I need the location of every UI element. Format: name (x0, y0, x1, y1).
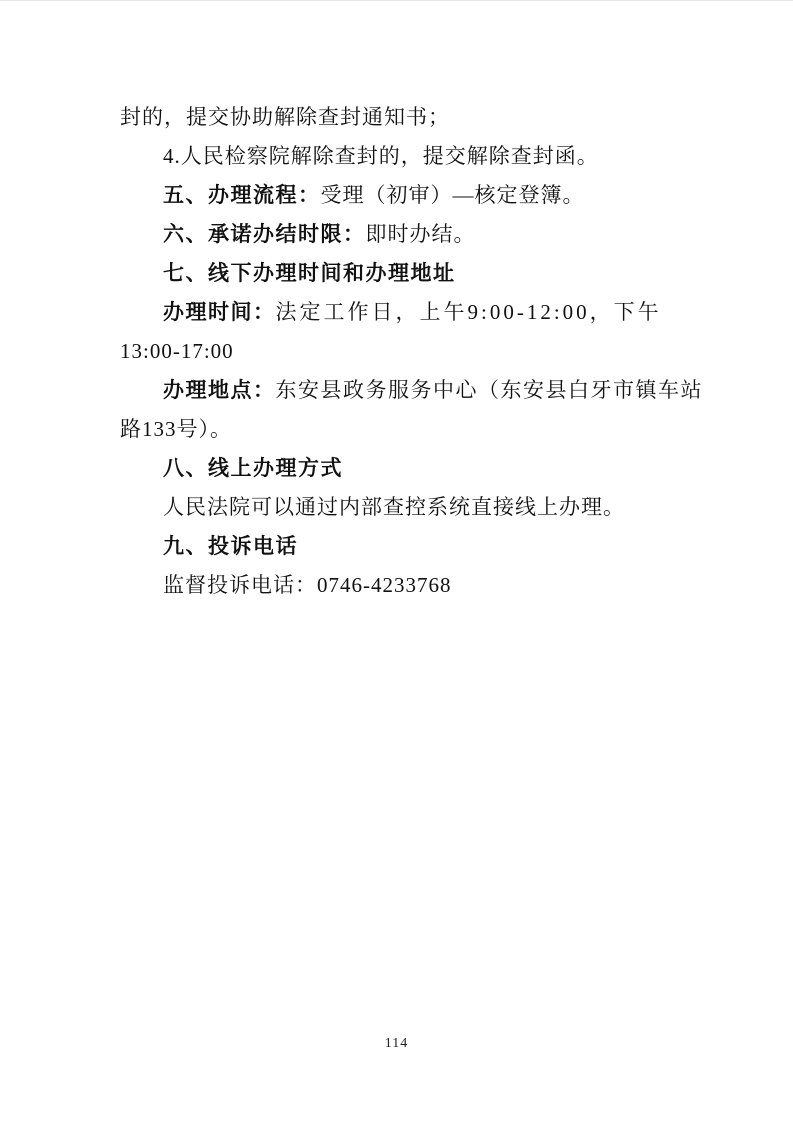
complaint-phone-line: 监督投诉电话：0746-4233768 (120, 566, 678, 605)
body-line-continuation: 封的，提交协助解除查封通知书； (120, 98, 678, 137)
section-heading-label: 五、办理流程： (163, 184, 321, 207)
paragraph-text: 路133号）。 (120, 417, 232, 441)
paragraph-text: 受理（初审）—核定登簿。 (321, 183, 585, 207)
paragraph-text: 4.人民检察院解除查封的，提交解除查封函。 (163, 144, 599, 168)
document-body: 封的，提交协助解除查封通知书； 4.人民检察院解除查封的，提交解除查封函。 五、… (120, 98, 678, 605)
section-heading-label: 七、线下办理时间和办理地址 (163, 262, 456, 285)
section-8-heading: 八、线上办理方式 (120, 449, 678, 488)
field-label: 办理地点： (163, 378, 276, 402)
paragraph-text: 东安县政务服务中心（东安县白牙市镇车站 (276, 378, 704, 402)
paragraph-text: 法定工作日，上午9:00-12:00，下午 (276, 300, 662, 324)
list-item-4: 4.人民检察院解除查封的，提交解除查封函。 (120, 137, 678, 176)
section-heading-label: 八、线上办理方式 (163, 457, 343, 480)
page-top-edge (0, 0, 793, 1)
office-address-line: 办理地点：东安县政务服务中心（东安县白牙市镇车站 (120, 371, 678, 410)
paragraph-text: 13:00-17:00 (120, 339, 234, 363)
paragraph-text: 人民法院可以通过内部查控系统直接线上办理。 (163, 495, 625, 519)
office-address-continuation: 路133号）。 (120, 410, 678, 449)
section-9-heading: 九、投诉电话 (120, 527, 678, 566)
section-6-time-limit: 六、承诺办结时限：即时办结。 (120, 215, 678, 254)
section-7-heading: 七、线下办理时间和办理地址 (120, 254, 678, 293)
field-label: 办理时间： (163, 300, 276, 324)
document-page: { "document": { "paragraphs": [ { "text"… (0, 0, 793, 1122)
office-hours-line: 办理时间：法定工作日，上午9:00-12:00，下午 (120, 293, 678, 332)
section-heading-label: 九、投诉电话 (163, 535, 298, 558)
paragraph-text: 监督投诉电话：0746-4233768 (163, 573, 452, 597)
section-5-process: 五、办理流程：受理（初审）—核定登簿。 (120, 176, 678, 215)
paragraph-text: 即时办结。 (366, 222, 476, 246)
online-method-line: 人民法院可以通过内部查控系统直接线上办理。 (120, 488, 678, 527)
section-heading-label: 六、承诺办结时限： (163, 223, 366, 246)
office-hours-continuation: 13:00-17:00 (120, 332, 678, 371)
page-number: 114 (0, 1036, 793, 1052)
paragraph-text: 封的，提交协助解除查封通知书； (120, 105, 450, 129)
